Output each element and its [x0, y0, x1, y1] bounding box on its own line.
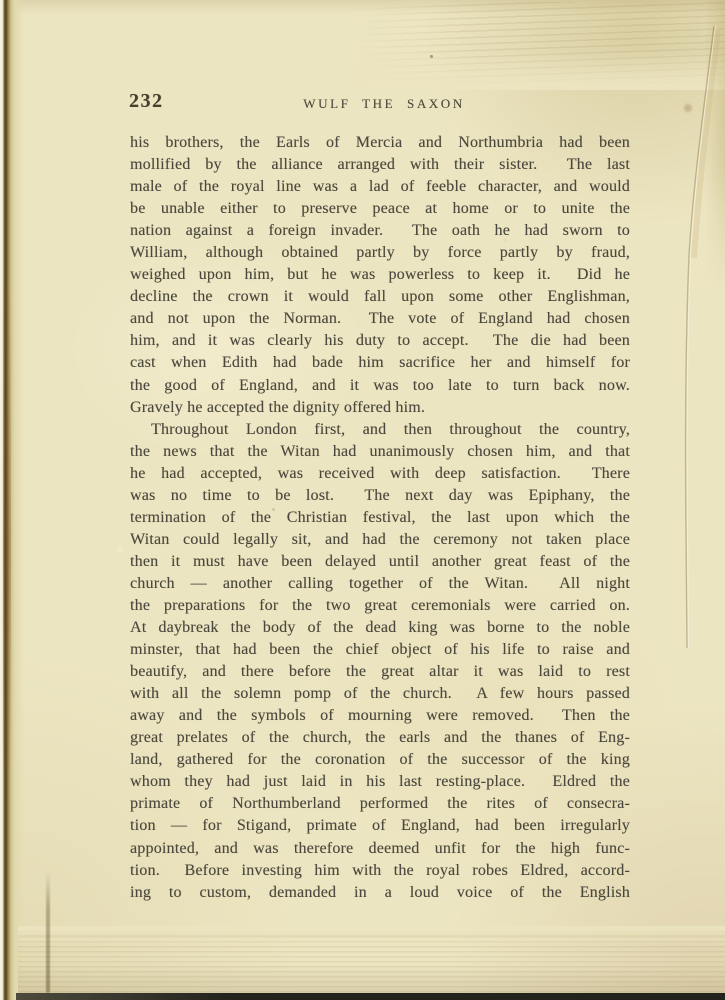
page-stack-edges-top: [352, 2, 725, 90]
text-line: Gravely he accepted the dignity offered …: [130, 397, 630, 419]
text-line: decline the crown it would fall upon som…: [130, 286, 630, 308]
text-line: the good of England, and it was too late…: [130, 375, 630, 397]
text-line: nation against a foreign invader. The oa…: [130, 220, 630, 242]
right-edge-shading: [705, 0, 725, 290]
text-line: primate of Northumberland performed the …: [130, 793, 630, 815]
text-line: beautify, and there before the great alt…: [130, 661, 630, 683]
text-line: mollified by the alliance arranged with …: [130, 154, 630, 176]
paper-blemish: [684, 104, 692, 112]
text-line: his brothers, the Earls of Mercia and No…: [130, 132, 630, 154]
text-line: was no time to be lost. The next day was…: [130, 485, 630, 507]
page-stack-edges-bottom: [18, 926, 725, 993]
page-curl-shadow: [46, 872, 50, 993]
text-line: whom they had just laid in his last rest…: [130, 771, 630, 793]
running-header: WULF THE SAXON: [130, 96, 638, 112]
text-line: tion — for Stigand, primate of England, …: [130, 815, 630, 837]
text-line: be unable either to preserve peace at ho…: [130, 198, 630, 220]
text-line: then it must have been delayed until ano…: [130, 551, 630, 573]
text-line: male of the royal line was a lad of feeb…: [130, 176, 630, 198]
text-column: his brothers, the Earls of Mercia and No…: [130, 132, 630, 904]
text-line: the news that the Witan had unanimously …: [130, 441, 630, 463]
text-line: with all the solemn pomp of the church. …: [130, 683, 630, 705]
text-line: Witan could legally sit, and had the cer…: [130, 529, 630, 551]
book-binding-edge: [0, 0, 24, 1000]
text-line: cast when Edith had bade him sacrifice h…: [130, 352, 630, 374]
text-line: ing to custom, demanded in a loud voice …: [130, 882, 630, 904]
text-line: he had accepted, was received with deep …: [130, 463, 630, 485]
text-line: William, although obtained partly by for…: [130, 242, 630, 264]
text-line: great prelates of the church, the earls …: [130, 727, 630, 749]
scanned-book-page: 232 WULF THE SAXON his brothers, the Ear…: [0, 0, 725, 1000]
text-line: At daybreak the body of the dead king wa…: [130, 617, 630, 639]
text-line: the preparations for the two great cerem…: [130, 595, 630, 617]
text-line: land, gathered for the coronation of the…: [130, 749, 630, 771]
text-line: Throughout London first, and then throug…: [130, 419, 630, 441]
book-cover-bottom-edge: [16, 993, 725, 1000]
text-line: him, and it was clearly his duty to acce…: [130, 330, 630, 352]
text-line: tion. Before investing him with the roya…: [130, 860, 630, 882]
text-line: away and the symbols of mourning were re…: [130, 705, 630, 727]
paper-speck: [430, 55, 433, 58]
text-line: minster, that had been the chief object …: [130, 639, 630, 661]
text-line: termination of the Christian festival, t…: [130, 507, 630, 529]
text-line: and not upon the Norman. The vote of Eng…: [130, 308, 630, 330]
text-line: church — another calling together of the…: [130, 573, 630, 595]
text-line: weighed upon him, but he was powerless t…: [130, 264, 630, 286]
text-line: appointed, and was therefore deemed unfi…: [130, 838, 630, 860]
